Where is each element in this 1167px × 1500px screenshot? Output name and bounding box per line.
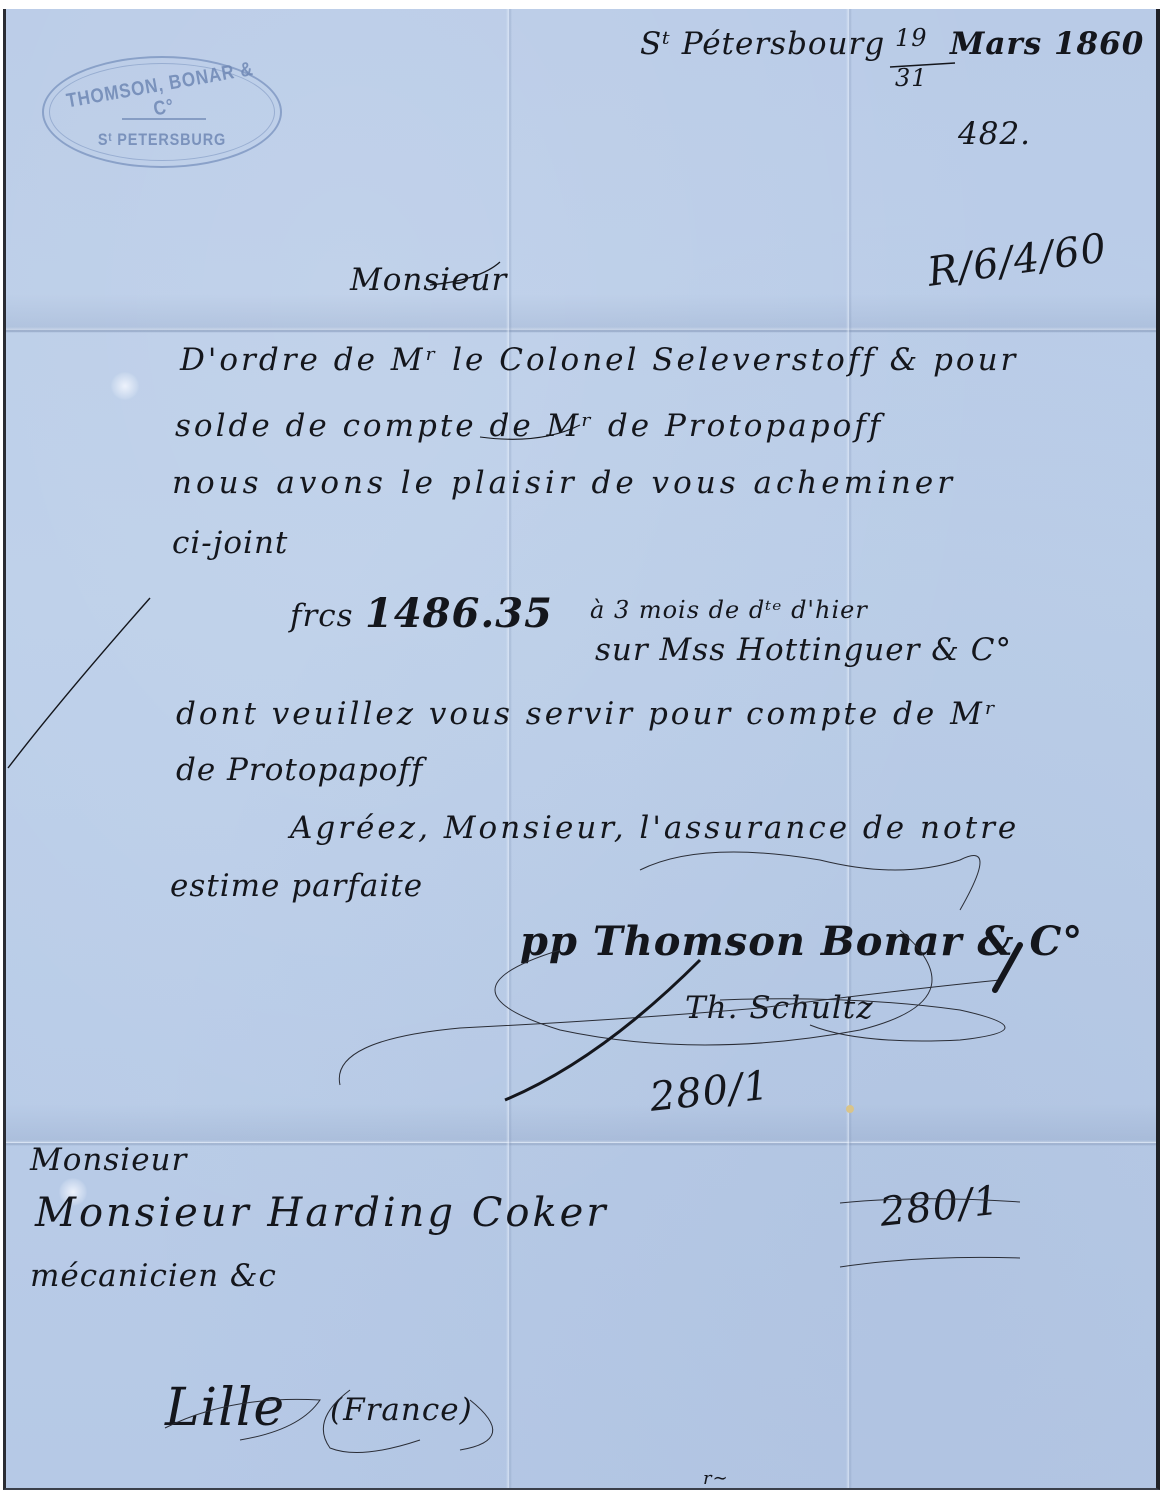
- stamp-company-name: THOMSON, BONAR & C°: [59, 57, 265, 137]
- address-line-3: mécanicien &c: [30, 1258, 277, 1294]
- address-city: Lille: [165, 1378, 285, 1438]
- stamp-divider: [122, 118, 206, 120]
- reference-number: 482.: [958, 116, 1031, 152]
- stamp-city: Sᵗ PETERSBURG: [62, 130, 263, 150]
- company-stamp: THOMSON, BONAR & C° Sᵗ PETERSBURG: [42, 56, 282, 168]
- body-line-2: solde de compte de Mʳ de Protopapoff: [175, 408, 883, 444]
- terms-line-1: à 3 mois de dᵗᵉ d'hier: [590, 596, 868, 624]
- closing-line-1: dont veuillez vous servir pour compte de…: [176, 696, 999, 732]
- signature-firm: pp Thomson Bonar & C°: [520, 918, 1083, 965]
- amount-label: frcs: [290, 598, 354, 634]
- salutation: Monsieur: [350, 262, 507, 298]
- fold-shadow: [6, 294, 1156, 332]
- address-country: (France): [330, 1392, 473, 1428]
- date-month-year: Mars 1860: [950, 26, 1144, 62]
- closing-line-2: de Protopapoff: [176, 752, 423, 788]
- bottom-mark: r∼: [703, 1468, 729, 1489]
- address-line-2: Monsieur Harding Coker: [35, 1190, 608, 1236]
- paper-speck: [846, 1105, 854, 1113]
- date-day-new-style: 31: [895, 64, 928, 92]
- amount-value: 1486.35: [365, 590, 553, 637]
- terms-line-2: sur Mss Hottinguer & C°: [595, 632, 1012, 668]
- body-line-1: D'ordre de Mʳ le Colonel Seleverstoff & …: [180, 342, 1018, 378]
- fold-shadow: [6, 1104, 1156, 1142]
- letter-place: Sᵗ Pétersbourg: [640, 26, 885, 62]
- body-line-3: nous avons le plaisir de vous acheminer: [172, 465, 956, 501]
- body-line-4: ci-joint: [172, 525, 288, 561]
- fold-line-vertical-left: [506, 9, 512, 1488]
- signature-signatory: Th. Schultz: [685, 990, 874, 1026]
- courtesy-line-2: estime parfaite: [170, 868, 423, 904]
- address-line-1: Monsieur: [30, 1142, 187, 1178]
- fold-line-vertical-right: [846, 9, 852, 1488]
- date-day-old-style: 19: [895, 24, 928, 52]
- paper-dent: [110, 372, 140, 400]
- courtesy-line-1: Agréez, Monsieur, l'assurance de notre: [290, 810, 1019, 846]
